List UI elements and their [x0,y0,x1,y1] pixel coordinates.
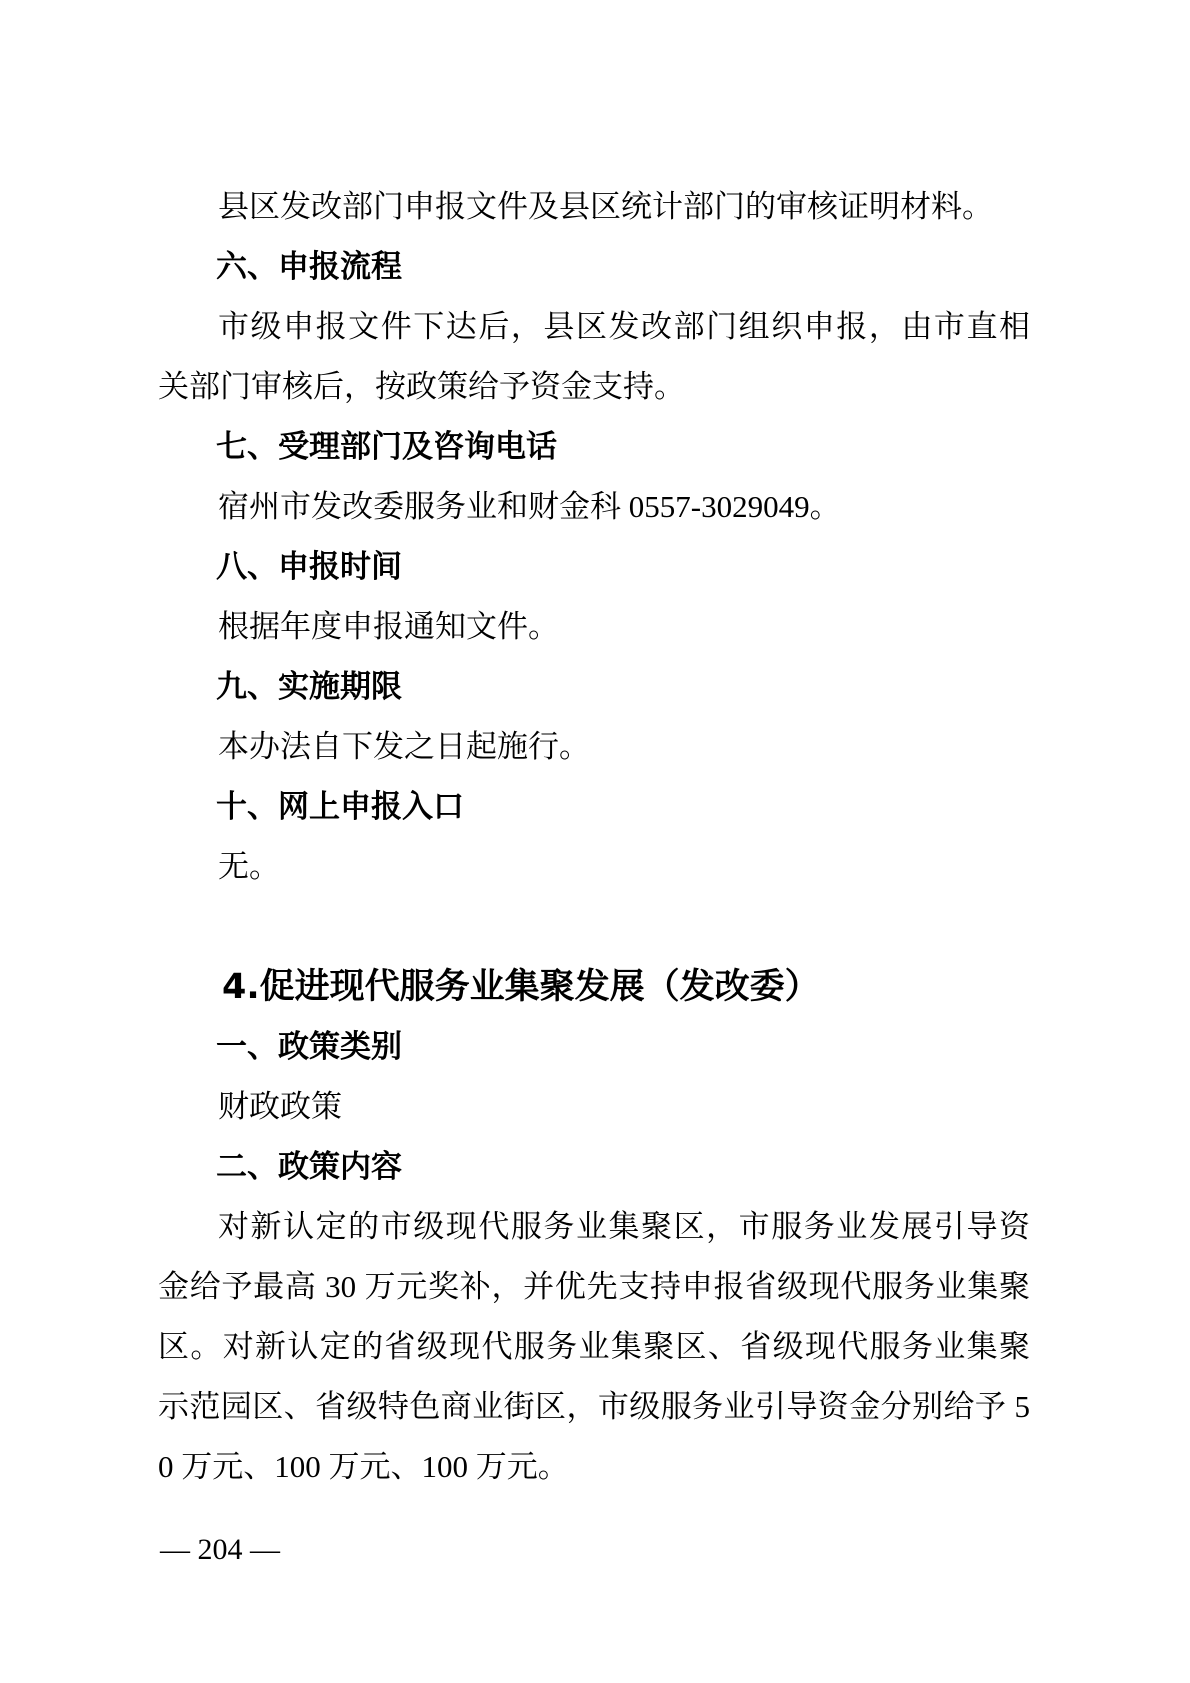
section-title: 4.促进现代服务业集聚发展（发改委） [158,957,1030,1017]
body-text-line: 无。 [158,837,1030,897]
body-text-line: 0 万元、100 万元、100 万元。 [158,1437,1030,1497]
section-heading: 一、政策类别 [158,1017,1030,1077]
body-text-line: 根据年度申报通知文件。 [158,597,1030,657]
section-heading: 六、申报流程 [158,237,1030,297]
page-content: 县区发改部门申报文件及县区统计部门的审核证明材料。六、申报流程市级申报文件下达后… [158,177,1030,1497]
body-text-line: 财政政策 [158,1077,1030,1137]
section-heading: 九、实施期限 [158,657,1030,717]
body-text-line: 金给予最高 30 万元奖补，并优先支持申报省级现代服务业集聚 [158,1257,1030,1317]
body-text-line: 宿州市发改委服务业和财金科 0557-3029049。 [158,477,1030,537]
body-text-line: 示范园区、省级特色商业街区，市级服务业引导资金分别给予 5 [158,1377,1030,1437]
body-text-line: 本办法自下发之日起施行。 [158,717,1030,777]
body-text-line: 对新认定的市级现代服务业集聚区，市服务业发展引导资 [158,1197,1030,1257]
body-text-line: 区。对新认定的省级现代服务业集聚区、省级现代服务业集聚 [158,1317,1030,1377]
section-heading: 二、政策内容 [158,1137,1030,1197]
section-heading: 十、网上申报入口 [158,777,1030,837]
body-text-line: 市级申报文件下达后，县区发改部门组织申报，由市直相 [158,297,1030,357]
section-heading: 八、申报时间 [158,537,1030,597]
body-text-line: 关部门审核后，按政策给予资金支持。 [158,357,1030,417]
section-heading: 七、受理部门及咨询电话 [158,417,1030,477]
body-text-line: 县区发改部门申报文件及县区统计部门的审核证明材料。 [158,177,1030,237]
document-page: 县区发改部门申报文件及县区统计部门的审核证明材料。六、申报流程市级申报文件下达后… [0,0,1190,1683]
page-number: — 204 — [160,1520,280,1580]
